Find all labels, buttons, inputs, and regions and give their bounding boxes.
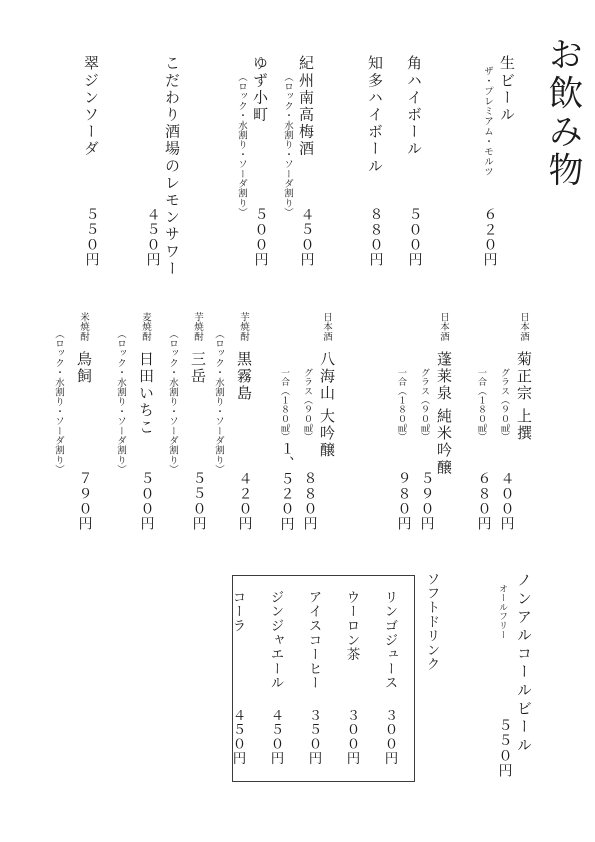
item-variant-line: オールフリー ５５０円	[496, 572, 511, 778]
item-size-glass: グラス（９０㎖） ４００円	[498, 312, 513, 531]
item-price: ３００円	[380, 708, 400, 765]
item-size-gou: 一合（１８０㎖） １、５２０円	[278, 312, 293, 531]
item-price: ４５０円	[296, 207, 316, 267]
item-size-gou: 一合（１８０㎖） ６８０円	[475, 312, 490, 531]
item-name-line: 芋焼酎 三岳 ５５０円	[188, 312, 207, 531]
size-label: 一合（１８０㎖）	[279, 368, 292, 441]
item-name-line: 日本酒 蓬莱泉 純米吟醸	[434, 312, 453, 531]
item-category: 米焼酎	[78, 312, 88, 342]
menu-item-hakkaisan: 日本酒 八海山 大吟醸 グラス（９０㎖） ８８０円 一合（１８０㎖） １、５２０…	[278, 312, 336, 531]
size-label: グラス（９０㎖）	[419, 368, 432, 441]
softdrink-item: ジンジャエール ４５０円	[267, 590, 284, 765]
item-name-line: こだわり酒場のレモンサワー	[162, 55, 181, 267]
item-price: ５００円	[136, 471, 156, 531]
item-price: ４５０円	[266, 708, 286, 765]
size-label: グラス（９０㎖）	[499, 368, 512, 441]
menu-item-mitake: 芋焼酎 三岳 ５５０円 （ロック・水割り・ソーダ割り）	[166, 312, 207, 531]
item-price: ５５０円	[81, 207, 101, 267]
item-price: ４２０円	[234, 471, 254, 531]
item-name: 角ハイボール	[403, 55, 424, 158]
softdrink-item: アイスコーヒー ３５０円	[305, 590, 322, 765]
menu-item-sui-gin-soda: 翠ジンソーダ ５５０円	[80, 55, 100, 267]
menu-item-hita-ichiko: 麦焼酎 日田いちこ ５００円 （ロック・水割り・ソーダ割り）	[114, 312, 155, 531]
item-name: 菊正宗 上撰	[515, 351, 531, 442]
menu-item-torikai: 米焼酎 鳥飼 ７９０円 （ロック・水割り・ソーダ割り）	[52, 312, 93, 531]
item-note: （ロック・水割り・ソーダ割り）	[280, 72, 294, 217]
item-name: 黒霧島	[235, 351, 251, 402]
item-name: 翠ジンソーダ	[80, 55, 101, 158]
item-name: ジンジャエール	[266, 590, 286, 690]
item-name-line: ゆず小町 ５００円	[250, 55, 269, 267]
item-name: 八海山 大吟醸	[318, 351, 334, 459]
item-variant: オールフリー	[497, 584, 510, 639]
item-name-line: 日本酒 八海山 大吟醸	[317, 312, 336, 531]
item-category: 日本酒	[438, 312, 448, 342]
menu-item-kikumasamune: 日本酒 菊正宗 上撰 グラス（９０㎖） ４００円 一合（１８０㎖） ６８０円	[475, 312, 533, 531]
item-price: ５００円	[404, 207, 424, 267]
drink-menu-page: お飲み物 生ビール ザ・プレミアム・モルツ ６２０円 角ハイボール ５００円 知…	[0, 0, 595, 842]
item-category: 芋焼酎	[238, 312, 248, 342]
item-name-line: 生ビール ザ・プレミアム・モルツ	[488, 55, 507, 267]
menu-item-yuzu-komachi: ゆず小町 ５００円 （ロック・水割り・ソーダ割り）	[234, 55, 269, 267]
item-note: （ロック・水割り・ソーダ割り）	[51, 329, 65, 474]
item-price: ５５０円	[494, 718, 514, 778]
item-price: ５５０円	[188, 471, 208, 531]
size-label: 一合（１８０㎖）	[396, 368, 409, 441]
menu-item-draft-beer: 生ビール ザ・プレミアム・モルツ ６２０円	[481, 55, 507, 267]
item-size-glass: グラス（９０㎖） ８８０円	[301, 312, 316, 531]
item-subtitle: ザ・プレミアム・モルツ	[482, 66, 492, 177]
softdrink-item: リンゴジュース ３００円	[381, 590, 398, 765]
item-note: （ロック・水割り・ソーダ割り）	[234, 72, 248, 217]
item-name-line: 日本酒 菊正宗 上撰	[514, 312, 533, 531]
item-note: （ロック・水割り・ソーダ割り）	[113, 329, 127, 474]
item-note: （ロック・水割り・ソーダ割り）	[165, 329, 179, 474]
menu-item-kaku-highball: 角ハイボール ５００円	[403, 55, 423, 267]
item-category: 芋焼酎	[192, 312, 202, 342]
item-name: 日田いちこ	[137, 351, 153, 437]
item-price: ３００円	[342, 708, 362, 765]
menu-item-kishu-umeshu: 紀州南高梅酒 ４５０円 （ロック・水割り・ソーダ割り）	[280, 55, 315, 267]
item-note-line: （ロック・水割り・ソーダ割り）	[212, 312, 224, 531]
item-note-line: （ロック・水割り・ソーダ割り）	[114, 312, 126, 531]
item-category: 日本酒	[321, 312, 331, 342]
item-name: 鳥飼	[75, 351, 91, 385]
item-size-glass: グラス（９０㎖） ５９０円	[418, 312, 433, 531]
item-price: ４５０円	[142, 207, 162, 267]
item-price: ８８０円	[365, 207, 385, 267]
item-name: 蓬莱泉 純米吟醸	[435, 351, 451, 477]
item-note: （ロック・水割り・ソーダ割り）	[211, 329, 225, 474]
menu-item-kodawari-lemon-sour: こだわり酒場のレモンサワー ４５０円	[144, 55, 181, 267]
item-name: 紀州南高梅酒	[295, 55, 316, 158]
page-title: お飲み物	[538, 36, 588, 190]
size-price: ５９０円	[416, 471, 436, 531]
menu-item-houraisen: 日本酒 蓬莱泉 純米吟醸 グラス（９０㎖） ５９０円 一合（１８０㎖） ９８０円	[395, 312, 453, 531]
softdrink-heading-line: ソフトドリンク	[423, 572, 440, 712]
item-price: ５００円	[250, 207, 270, 267]
item-size-gou: 一合（１８０㎖） ９８０円	[395, 312, 410, 531]
item-note-line: （ロック・水割り・ソーダ割り）	[52, 312, 64, 531]
item-name: 知多ハイボール	[364, 55, 385, 175]
softdrink-item: ウーロン茶 ３００円	[343, 590, 360, 765]
item-note-line: （ロック・水割り・ソーダ割り）	[235, 55, 247, 267]
item-name: ウーロン茶	[342, 590, 362, 662]
menu-item-kurokirishima: 芋焼酎 黒霧島 ４２０円 （ロック・水割り・ソーダ割り）	[212, 312, 253, 531]
item-price: ７９０円	[74, 471, 94, 531]
item-price: ３５０円	[304, 708, 324, 765]
item-name: ノンアルコールビール	[513, 572, 534, 755]
item-name: 生ビール	[498, 55, 514, 123]
softdrink-box: リンゴジュース ３００円 ウーロン茶 ３００円 アイスコーヒー ３５０円 ジンジ…	[232, 575, 415, 782]
size-label: 一合（１８０㎖）	[476, 368, 489, 441]
item-price: ４５０円	[228, 708, 248, 765]
softdrink-heading: ソフトドリンク	[423, 572, 440, 712]
item-name-line: 芋焼酎 黒霧島 ４２０円	[234, 312, 253, 531]
softdrink-item: コーラ ４５０円	[229, 590, 246, 765]
item-name: アイスコーヒー	[304, 590, 324, 690]
size-price: ６８０円	[473, 471, 493, 531]
item-price-line: ４５０円	[144, 55, 159, 267]
item-name-line: 米焼酎 鳥飼 ７９０円	[74, 312, 93, 531]
item-name-line: ノンアルコールビール	[514, 572, 533, 778]
item-note-line: （ロック・水割り・ソーダ割り）	[281, 55, 293, 267]
item-name: 三岳	[189, 351, 205, 385]
size-price: ８８０円	[299, 471, 319, 531]
item-name-line: 紀州南高梅酒 ４５０円	[296, 55, 315, 267]
item-name-line: 翠ジンソーダ ５５０円	[81, 55, 100, 267]
softdrink-label: ソフトドリンク	[422, 572, 442, 671]
item-name: こだわり酒場のレモンサワー	[161, 55, 182, 277]
menu-item-nonalcohol-beer: ノンアルコールビール オールフリー ５５０円	[494, 572, 533, 778]
item-name-line: 知多ハイボール ８８０円	[365, 55, 384, 267]
item-name: リンゴジュース	[380, 590, 400, 690]
item-category: 日本酒	[518, 312, 528, 342]
size-price: ９８０円	[393, 471, 413, 531]
item-category: 麦焼酎	[140, 312, 150, 342]
item-name: コーラ	[228, 590, 248, 633]
item-name-line: 角ハイボール ５００円	[404, 55, 423, 267]
menu-item-chita-highball: 知多ハイボール ８８０円	[364, 55, 384, 267]
item-name: ゆず小町	[249, 55, 270, 123]
item-name-line: 麦焼酎 日田いちこ ５００円	[136, 312, 155, 531]
size-price: １、５２０円	[276, 441, 296, 532]
item-note-line: （ロック・水割り・ソーダ割り）	[166, 312, 178, 531]
size-label: グラス（９０㎖）	[302, 368, 315, 441]
size-price: ４００円	[496, 471, 516, 531]
